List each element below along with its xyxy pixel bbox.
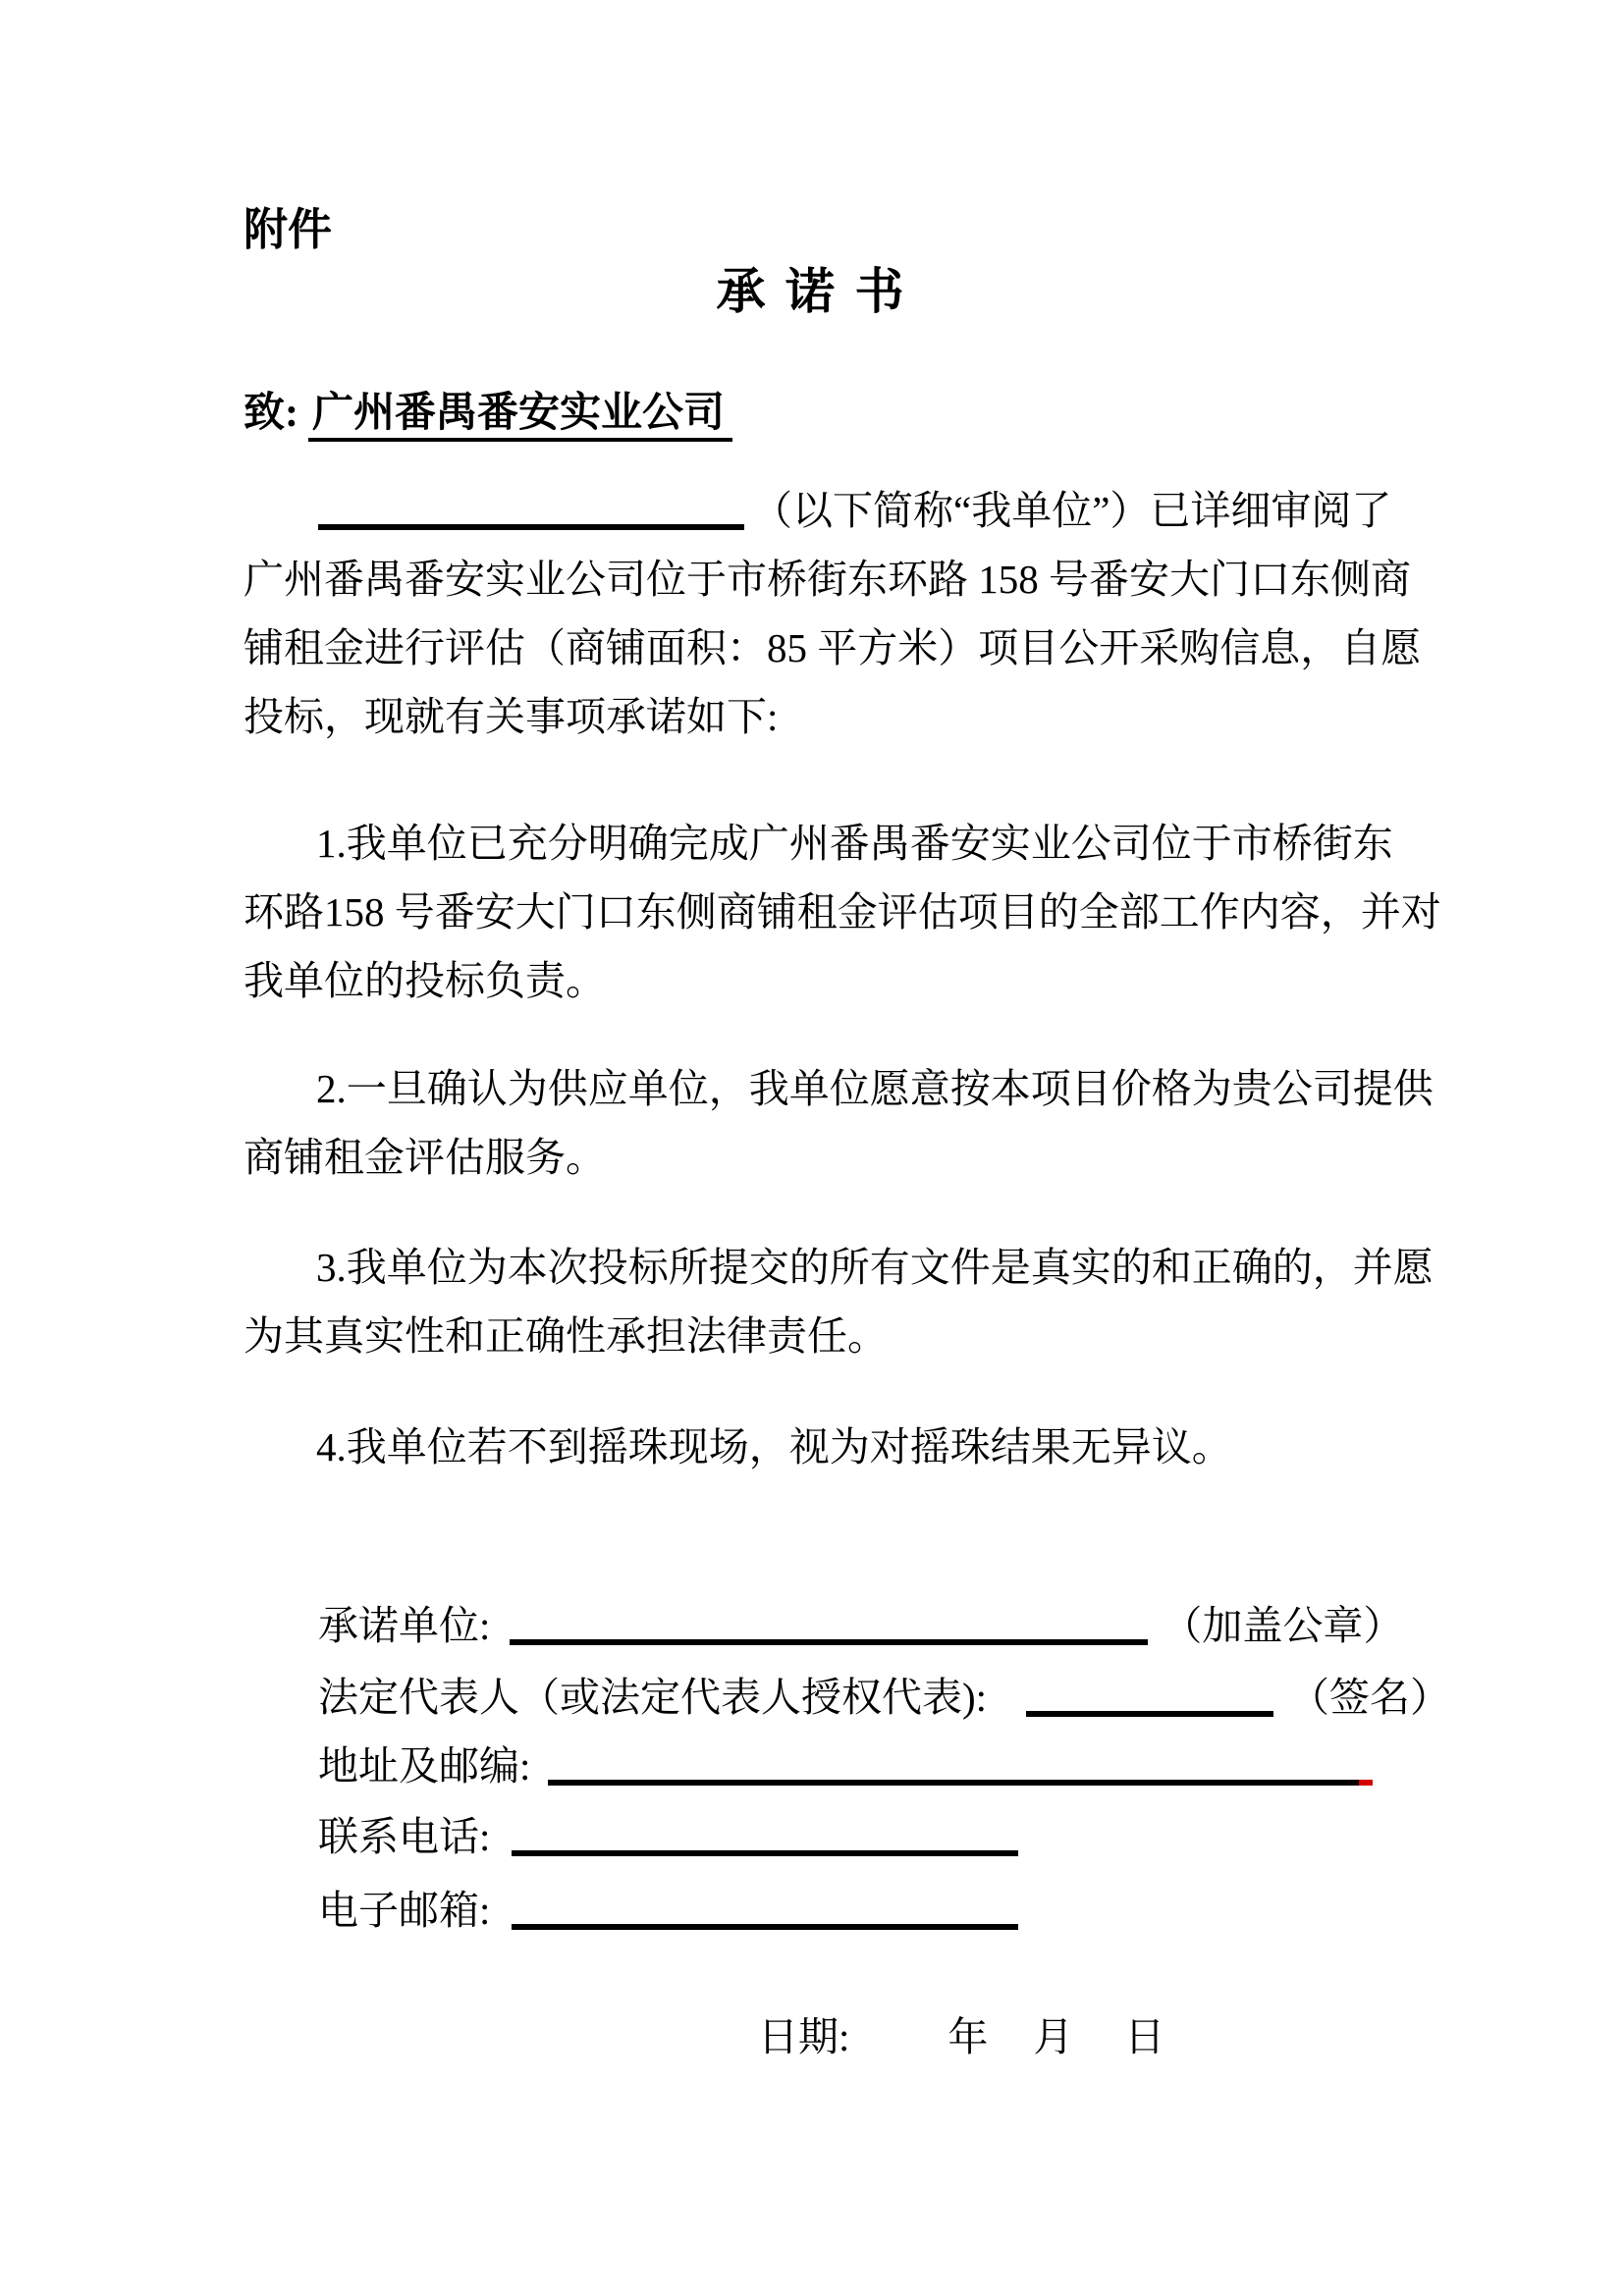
item-3-line-2: 为其真实性和正确性承担法律责任。 [244,1302,1481,1370]
commitment-item-2: 2.一旦确认为供应单位，我单位愿意按本项目价格为贵公司提供 商铺租金评估服务。 [244,1054,1481,1192]
signature-address-blank-line [548,1740,1359,1786]
intro-line-1-text: （以下简称“我单位”）已详细审阅了 [752,488,1391,533]
day-label: 日 [1124,2014,1164,2059]
signature-company-label: 承诺单位: [318,1603,490,1648]
item-4-line-1: 4.我单位若不到摇珠现场，视为对摇珠结果无异议。 [244,1413,1481,1481]
month-label: 月 [1033,2014,1073,2059]
item-1-line-1: 1.我单位已充分明确完成广州番禺番安实业公司位于市桥街东 [244,809,1481,878]
item-1-line-3: 我单位的投标负责。 [244,946,1481,1015]
intro-paragraph: （以下简称“我单位”）已详细审阅了 广州番禺番安实业公司位于市桥街东环路 158… [244,476,1481,751]
item-1-line-2: 环路158 号番安大门口东侧商铺租金评估项目的全部工作内容，并对 [244,878,1481,946]
signature-email-row: 电子邮箱: [318,1876,1018,1945]
item-2-line-2: 商铺租金评估服务。 [244,1123,1481,1192]
signature-address-row: 地址及邮编: [318,1732,1373,1800]
item-2-line-1: 2.一旦确认为供应单位，我单位愿意按本项目价格为贵公司提供 [244,1054,1481,1123]
signature-address-label: 地址及邮编: [318,1743,530,1789]
intro-line-4: 投标，现就有关事项承诺如下: [244,682,1481,751]
signature-email-label: 电子邮箱: [318,1888,490,1933]
signature-phone-row: 联系电话: [318,1802,1018,1871]
year-label: 年 [947,2014,988,2059]
signature-phone-blank-line [512,1811,1018,1856]
commitment-item-4: 4.我单位若不到摇珠现场，视为对摇珠结果无异议。 [244,1413,1481,1481]
signature-email-blank-line [512,1885,1018,1930]
document-page: 附件 承 诺 书 致:广州番禺番安实业公司 （以下简称“我单位”）已详细审阅了 … [0,0,1624,2296]
signature-phone-label: 联系电话: [318,1814,490,1859]
sign-note: （签名） [1289,1675,1450,1720]
date-label: 日期: [758,2014,849,2059]
commitment-item-1: 1.我单位已充分明确完成广州番禺番安实业公司位于市桥街东 环路158 号番安大门… [244,809,1481,1015]
attachment-label: 附件 [244,202,332,257]
seal-note: （加盖公章） [1162,1603,1403,1648]
signature-representative-blank-line [1026,1672,1273,1717]
page-title: 承 诺 书 [0,261,1624,322]
signature-representative-row: 法定代表人（或法定代表人授权代表):（签名） [318,1663,1450,1732]
date-line: 日期:年月日 [758,2002,1164,2071]
item-3-line-1: 3.我单位为本次投标所提交的所有文件是真实的和正确的，并愿 [244,1233,1481,1302]
signature-company-row: 承诺单位:（加盖公章） [318,1591,1403,1660]
signature-company-blank-line [510,1600,1148,1645]
recipient-line: 致:广州番禺番安实业公司 [244,385,732,442]
company-name-blank-line [318,485,744,530]
intro-line-3: 铺租金进行评估（商铺面积：85 平方米）项目公开采购信息，自愿 [244,614,1481,682]
recipient-company: 广州番禺番安实业公司 [308,391,732,442]
recipient-label: 致: [244,391,298,436]
intro-line-2: 广州番禺番安实业公司位于市桥街东环路 158 号番安大门口东侧商 [244,545,1481,614]
address-line-red-tip [1359,1740,1373,1786]
commitment-item-3: 3.我单位为本次投标所提交的所有文件是真实的和正确的，并愿 为其真实性和正确性承… [244,1233,1481,1370]
intro-line-1: （以下简称“我单位”）已详细审阅了 [244,476,1481,545]
signature-representative-label: 法定代表人（或法定代表人授权代表): [318,1675,987,1720]
